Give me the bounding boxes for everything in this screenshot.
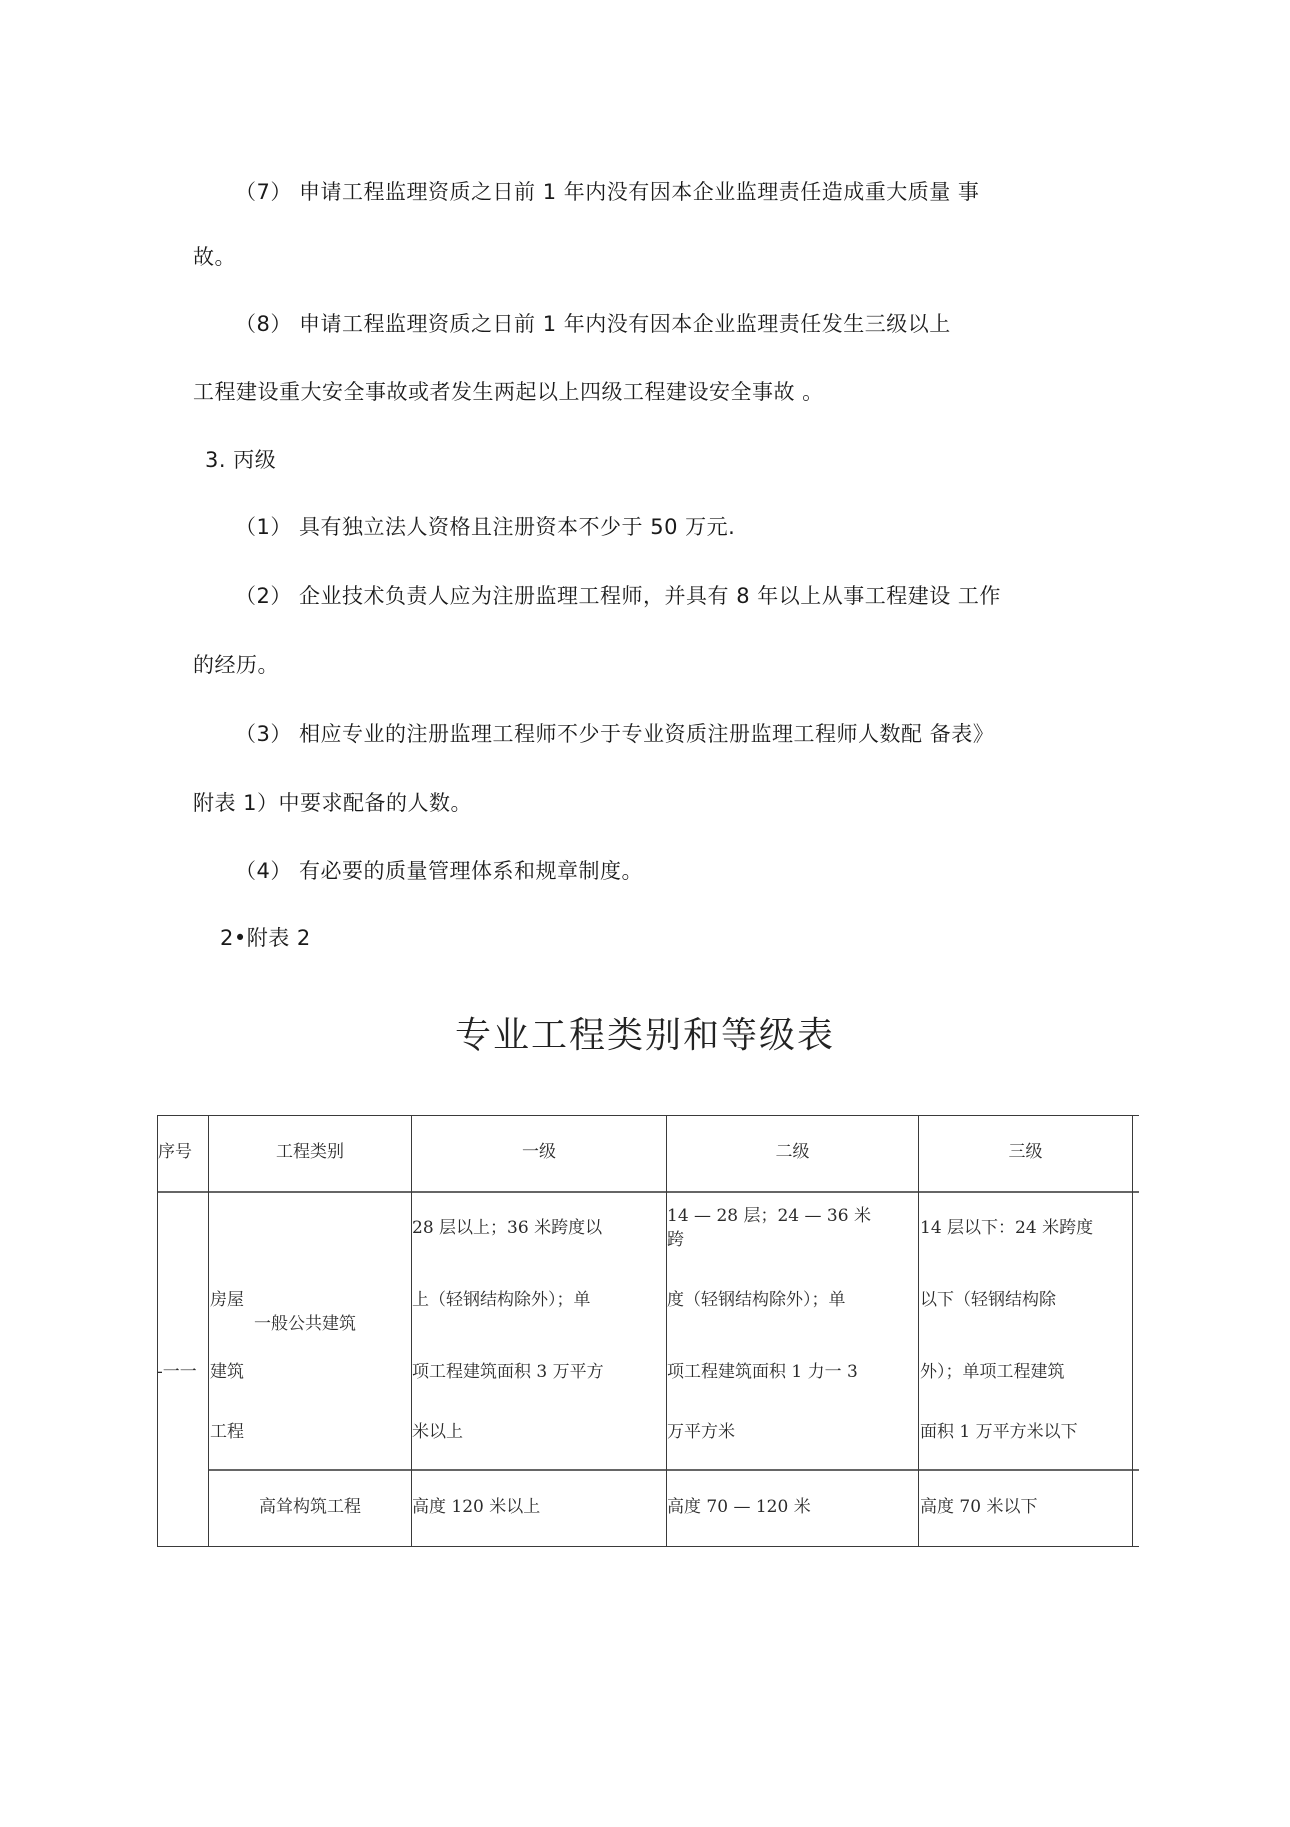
table-title: 专业工程类别和等级表 — [0, 1016, 1290, 1056]
item-c3-line1: （3） 相应专业的注册监理工程师不少于专业资质注册监理工程师人数配 备表》 — [235, 722, 994, 746]
row1-level1-line4: 米以上 — [412, 1422, 463, 1442]
item-c2-line2: 的经历。 — [193, 653, 279, 677]
header-level-1: 一级 — [412, 1142, 666, 1162]
row1-level2-line2: 跨 — [667, 1230, 684, 1250]
group-index: -一一 — [157, 1362, 197, 1382]
table-col-divider-3 — [666, 1115, 667, 1547]
paragraph-8-line1: （8） 申请工程监理资质之日前 1 年内没有因本企业监理责任发生三级以上 — [235, 312, 951, 336]
row1-level3-line1: 14 层以下：24 米跨度 — [920, 1218, 1093, 1238]
row1-level2-line4: 项工程建筑面积 1 力一 3 — [667, 1362, 858, 1382]
category-line-3: 工程 — [210, 1422, 244, 1442]
row1-level2-line5: 万平方米 — [667, 1422, 735, 1442]
row2-level1: 高度 120 米以上 — [412, 1497, 540, 1517]
row2-level2: 高度 70 — 120 米 — [667, 1497, 811, 1517]
item-c1: （1） 具有独立法人资格且注册资本不少于 50 万元. — [235, 515, 735, 539]
table-col-divider-4 — [918, 1115, 919, 1547]
table-border-top — [157, 1115, 1139, 1116]
table-header-divider — [157, 1191, 1139, 1193]
paragraph-8-line2: 工程建设重大安全事故或者发生两起以上四级工程建设安全事故 。 — [193, 380, 824, 404]
table-col-divider-1 — [208, 1115, 209, 1547]
item-c2-line1: （2） 企业技术负责人应为注册监理工程师，并具有 8 年以上从事工程建设 工作 — [235, 584, 1001, 608]
paragraph-7-line2: 故。 — [193, 245, 236, 269]
item-c3-line2: 附表 1）中要求配备的人数。 — [193, 791, 472, 815]
category-line-1: 房屋 — [210, 1290, 244, 1310]
row1-level1-line2: 上（轻钢结构除外）；单 — [412, 1290, 591, 1310]
row2-level3: 高度 70 米以下 — [920, 1497, 1037, 1517]
table-row-divider — [208, 1469, 1139, 1471]
header-index: 序号 — [158, 1142, 192, 1162]
table-border-right — [1132, 1115, 1133, 1547]
table-border-bottom — [157, 1546, 1139, 1547]
heading-level-c: 3. 丙级 — [205, 448, 276, 472]
row1-level3-line4: 面积 1 万平方米以下 — [920, 1422, 1078, 1442]
item-c4: （4） 有必要的质量管理体系和规章制度。 — [235, 859, 643, 883]
row1-level1-line3: 项工程建筑面积 3 万平方 — [412, 1362, 604, 1382]
table-col-divider-2 — [411, 1115, 412, 1547]
category-line-2: 建筑 — [210, 1362, 244, 1382]
appendix-label: 2•附表 2 — [220, 926, 311, 950]
table-border-left — [157, 1115, 158, 1547]
row1-level2-line1: 14 — 28 层；24 — 36 米 — [667, 1206, 871, 1226]
row1-level3-line2: 以下（轻钢结构除 — [920, 1290, 1056, 1310]
subcategory-high-rise-structure: 高耸构筑工程 — [209, 1497, 411, 1517]
subcategory-public-building: 一般公共建筑 — [254, 1314, 356, 1334]
paragraph-7-line1: （7） 申请工程监理资质之日前 1 年内没有因本企业监理责任造成重大质量 事 — [235, 180, 979, 204]
header-level-3: 三级 — [919, 1142, 1132, 1162]
row1-level1-line1: 28 层以上；36 米跨度以 — [412, 1218, 602, 1238]
row1-level3-line3: 外）；单项工程建筑 — [920, 1362, 1065, 1382]
row1-level2-line3: 度（轻钢结构除外）；单 — [667, 1290, 846, 1310]
header-level-2: 二级 — [667, 1142, 918, 1162]
header-category: 工程类别 — [209, 1142, 411, 1162]
